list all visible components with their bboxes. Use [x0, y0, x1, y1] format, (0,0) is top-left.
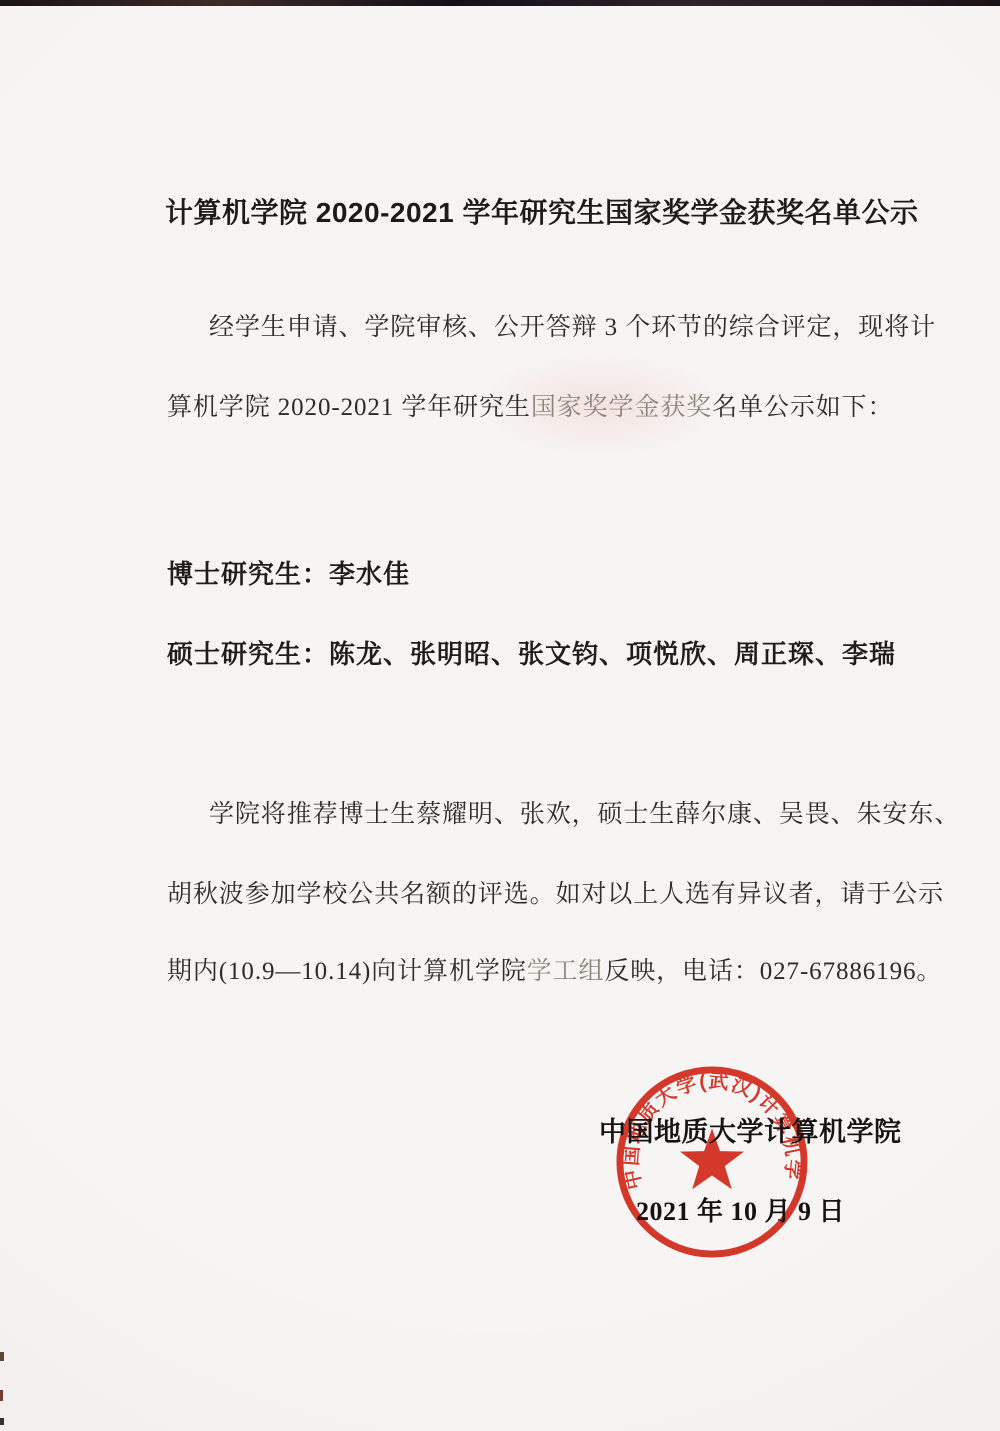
para2-line1-text: 学院将推荐博士生蔡耀明、张欢，硕士生薛尔康、吴畏、朱安东、	[209, 801, 960, 828]
para2-line3: 期内(10.9—10.14)向计算机学院学工组反映，电话：027-6788619…	[167, 951, 942, 987]
masters-winners-line: 硕士研究生：陈龙、张明昭、张文钧、项悦欣、周正琛、李瑞	[167, 634, 896, 671]
seal-graphic: 中国地质大学(武汉)计算机学院	[613, 1063, 811, 1261]
para1-line2-faded: 国家奖学金获奖	[531, 394, 712, 421]
scan-edge-artifact	[0, 0, 1000, 6]
signature-organization: 中国地质大学计算机学院	[599, 1110, 902, 1149]
phd-names: 李水佳	[329, 559, 410, 589]
para2-line3-faded: 学工组	[527, 958, 605, 985]
scan-edge-artifact	[0, 1390, 3, 1401]
para2-line1: 学院将推荐博士生蔡耀明、张欢，硕士生薛尔康、吴畏、朱安东、	[209, 794, 960, 830]
para1-line2-pre: 算机学院 2020-2021 学年研究生	[167, 394, 531, 421]
para2-line3-post: 反映，电话：027-67886196。	[604, 958, 942, 985]
para1-line2: 算机学院 2020-2021 学年研究生国家奖学金获奖名单公示如下：	[167, 387, 893, 423]
signature-date: 2021 年 10 月 9 日	[636, 1191, 845, 1228]
masters-names: 陈龙、张明昭、张文钧、项悦欣、周正琛、李瑞	[329, 639, 896, 669]
para2-line3-pre: 期内(10.9—10.14)向计算机学院	[167, 958, 527, 985]
para2-line2: 胡秋波参加学校公共名额的评选。如对以上人选有异议者，请于公示	[167, 874, 944, 910]
scan-edge-artifact	[0, 1418, 4, 1425]
phd-winners-line: 博士研究生：李水佳	[167, 554, 410, 591]
para2-line2-text: 胡秋波参加学校公共名额的评选。如对以上人选有异议者，请于公示	[167, 881, 944, 908]
document-page: 计算机学院 2020-2021 学年研究生国家奖学金获奖名单公示 经学生申请、学…	[0, 0, 1000, 1431]
official-seal: 中国地质大学(武汉)计算机学院	[613, 1063, 811, 1261]
phd-label: 博士研究生：	[167, 559, 329, 589]
para1-line1: 经学生申请、学院审核、公开答辩 3 个环节的综合评定，现将计	[209, 307, 936, 343]
para1-line1-text: 经学生申请、学院审核、公开答辩 3 个环节的综合评定，现将计	[209, 314, 936, 341]
para1-line2-post: 名单公示如下：	[712, 394, 893, 421]
masters-label: 硕士研究生：	[167, 639, 329, 669]
page-title: 计算机学院 2020-2021 学年研究生国家奖学金获奖名单公示	[165, 191, 885, 231]
scan-edge-artifact	[0, 1352, 4, 1361]
